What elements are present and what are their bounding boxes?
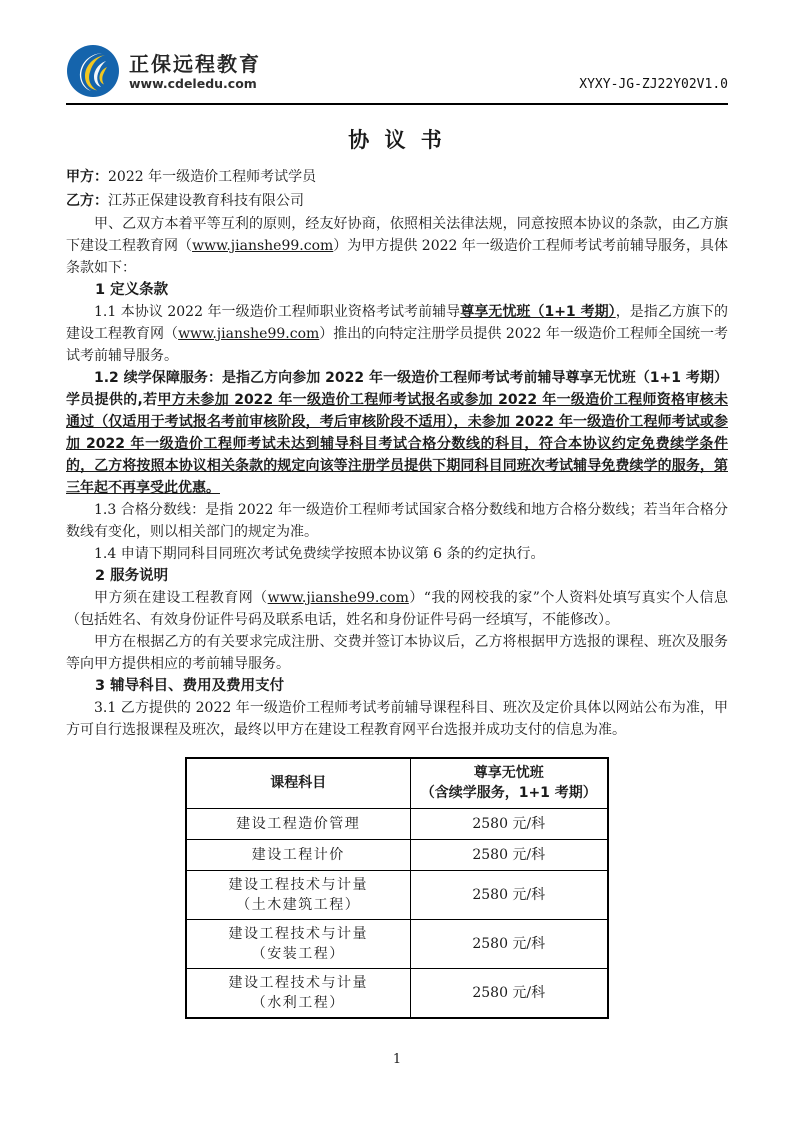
section-1-heading: 1 定义条款 bbox=[66, 279, 728, 301]
document-page: 正保远程教育 www.cdeledu.com XYXY-JG-ZJ22Y02V1… bbox=[0, 0, 794, 1123]
table-row: 建设工程技术与计量（安装工程） 2580 元/科 bbox=[186, 919, 608, 968]
clause-3-1: 3.1 乙方提供的 2022 年一级造价工程师考试考前辅导课程科目、班次及定价具… bbox=[66, 697, 728, 741]
page-title: 协 议 书 bbox=[66, 129, 728, 151]
party-a-label: 甲方： bbox=[66, 169, 108, 185]
price-cell: 2580 元/科 bbox=[410, 839, 608, 870]
clause-1-2-underlined: 甲方未参加 2022 年一级造价工程师考试报名或参加 2022 年一级造价工程师… bbox=[66, 392, 728, 496]
brand-block: 正保远程教育 www.cdeledu.com bbox=[66, 44, 261, 98]
subject-cell: 建设工程造价管理 bbox=[186, 808, 410, 839]
subject-cell: 建设工程技术与计量（土木建筑工程） bbox=[186, 870, 410, 919]
clause-1-4: 1.4 申请下期同科目同班次考试免费续学按照本协议第 6 条的约定执行。 bbox=[66, 543, 728, 565]
intro-paragraph: 甲、乙双方本着平等互利的原则，经友好协商，依照相关法律法规，同意按照本协议的条款… bbox=[66, 213, 728, 279]
document-code: XYXY-JG-ZJ22Y02V1.0 bbox=[579, 74, 728, 98]
jianshe99-link[interactable]: www.jianshe99.com bbox=[178, 326, 319, 342]
subject-cell: 建设工程技术与计量（安装工程） bbox=[186, 919, 410, 968]
jianshe99-link[interactable]: www.jianshe99.com bbox=[192, 238, 333, 254]
party-a-value: 2022 年一级造价工程师考试学员 bbox=[108, 169, 316, 185]
parties-block: 甲方：2022 年一级造价工程师考试学员 乙方：江苏正保建设教育科技有限公司 bbox=[66, 165, 728, 213]
price-cell: 2580 元/科 bbox=[410, 968, 608, 1018]
price-table-header-row: 课程科目 尊享无忧班 （含续学服务，1+1 考期） bbox=[186, 758, 608, 808]
col-header-subject: 课程科目 bbox=[186, 758, 410, 808]
subject-cell: 建设工程技术与计量（水利工程） bbox=[186, 968, 410, 1018]
price-cell: 2580 元/科 bbox=[410, 808, 608, 839]
brand-url: www.cdeledu.com bbox=[129, 76, 261, 91]
clause-1-2: 1.2 续学保障服务：是指乙方向参加 2022 年一级造价工程师考试考前辅导尊享… bbox=[66, 367, 728, 499]
brand-logo-icon bbox=[66, 44, 120, 98]
page-header: 正保远程教育 www.cdeledu.com XYXY-JG-ZJ22Y02V1… bbox=[66, 44, 728, 105]
party-a-row: 甲方：2022 年一级造价工程师考试学员 bbox=[66, 165, 728, 189]
price-cell: 2580 元/科 bbox=[410, 919, 608, 968]
clause-1-1-pre: 1.1 本协议 2022 年一级造价工程师职业资格考试考前辅导 bbox=[94, 304, 460, 320]
page-number: 1 bbox=[0, 1049, 794, 1071]
clause-2-1-pre: 甲方须在建设工程教育网（ bbox=[94, 590, 268, 606]
table-row: 建设工程计价 2580 元/科 bbox=[186, 839, 608, 870]
party-b-label: 乙方： bbox=[66, 193, 108, 209]
table-row: 建设工程造价管理 2580 元/科 bbox=[186, 808, 608, 839]
clause-1-3: 1.3 合格分数线：是指 2022 年一级造价工程师考试国家合格分数线和地方合格… bbox=[66, 499, 728, 543]
price-cell: 2580 元/科 bbox=[410, 870, 608, 919]
table-row: 建设工程技术与计量（土木建筑工程） 2580 元/科 bbox=[186, 870, 608, 919]
clause-1-1: 1.1 本协议 2022 年一级造价工程师职业资格考试考前辅导尊享无忧班（1+1… bbox=[66, 301, 728, 367]
brand-text: 正保远程教育 www.cdeledu.com bbox=[129, 52, 261, 91]
clause-1-1-emphasis: 尊享无忧班（1+1 考期） bbox=[460, 304, 616, 320]
section-2-heading: 2 服务说明 bbox=[66, 565, 728, 587]
price-table: 课程科目 尊享无忧班 （含续学服务，1+1 考期） 建设工程造价管理 2580 … bbox=[185, 757, 609, 1019]
jianshe99-link[interactable]: www.jianshe99.com bbox=[268, 590, 409, 606]
clause-2-1: 甲方须在建设工程教育网（www.jianshe99.com）“我的网校我的家”个… bbox=[66, 587, 728, 631]
table-row: 建设工程技术与计量（水利工程） 2580 元/科 bbox=[186, 968, 608, 1018]
clause-2-2: 甲方在根据乙方的有关要求完成注册、交费并签订本协议后，乙方将根据甲方选报的课程、… bbox=[66, 631, 728, 675]
col-header-class-line2: （含续学服务，1+1 考期） bbox=[415, 783, 604, 803]
party-b-value: 江苏正保建设教育科技有限公司 bbox=[108, 193, 304, 209]
col-header-class-line1: 尊享无忧班 bbox=[415, 763, 604, 783]
party-b-row: 乙方：江苏正保建设教育科技有限公司 bbox=[66, 189, 728, 213]
col-header-class: 尊享无忧班 （含续学服务，1+1 考期） bbox=[410, 758, 608, 808]
subject-cell: 建设工程计价 bbox=[186, 839, 410, 870]
brand-name: 正保远程教育 bbox=[129, 52, 261, 76]
section-3-heading: 3 辅导科目、费用及费用支付 bbox=[66, 675, 728, 697]
